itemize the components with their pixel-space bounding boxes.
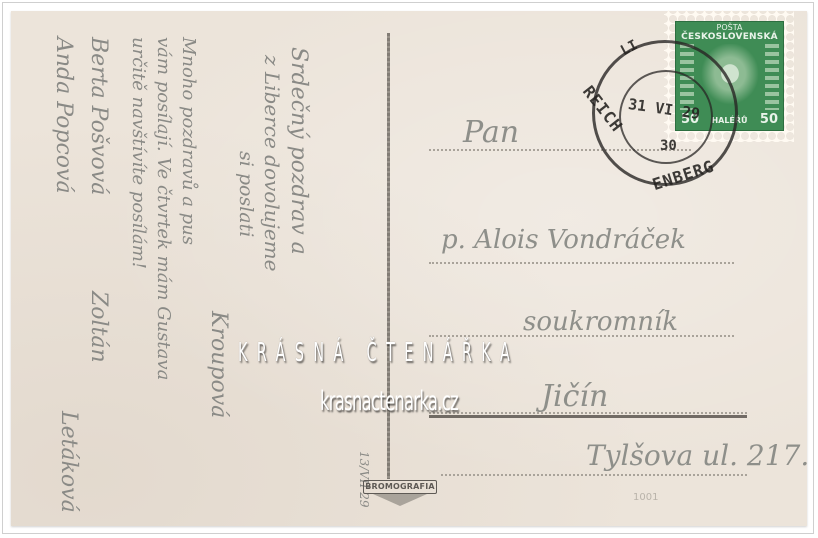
stamp-country: ČESKOSLOVENSKÁ <box>676 32 783 42</box>
postmark-number: 30 <box>660 138 677 154</box>
publisher-logo-fan <box>373 494 427 506</box>
message-line: vám posílají. Ve čtvrtek mám Gustava <box>153 37 174 380</box>
address-town: Jičín <box>541 379 608 414</box>
laurel-icon <box>765 44 779 110</box>
address-occupation: soukromník <box>523 307 678 337</box>
stamp-value: 50 <box>760 112 778 127</box>
message-line: Mnoho pozdravů a pus <box>178 37 199 245</box>
signature: Anda Popcová <box>51 37 76 194</box>
address-underline <box>429 415 747 418</box>
address-street: Tylšova ul. 217. <box>586 439 807 472</box>
stamp-top-label: POŠTA <box>676 23 783 32</box>
message-line: Srdečný pozdrav a <box>286 47 311 255</box>
address-line-2 <box>429 262 734 264</box>
address-name: p. Alois Vondráček <box>441 225 686 255</box>
address-salutation: Pan <box>463 115 519 150</box>
address-line-5 <box>441 474 747 476</box>
message-line: určitě navštívíte posílám! <box>128 37 149 269</box>
signature: Letáková <box>56 411 81 513</box>
message-line: Kroupová <box>206 311 231 418</box>
publisher-logo: BROMOGRAFIA <box>363 480 437 494</box>
watermark-url: krasnactenarka.cz <box>320 386 458 417</box>
message-line: z Liberce dovolujeme <box>260 55 284 271</box>
signature: Berta Pošvová <box>86 37 111 195</box>
signature: Zoltán <box>86 291 111 363</box>
message-line: si poslati <box>235 151 257 237</box>
watermark-title: KRÁSNÁ ČTENÁŘKA <box>238 338 519 368</box>
pencil-note: 1001 <box>633 492 658 503</box>
